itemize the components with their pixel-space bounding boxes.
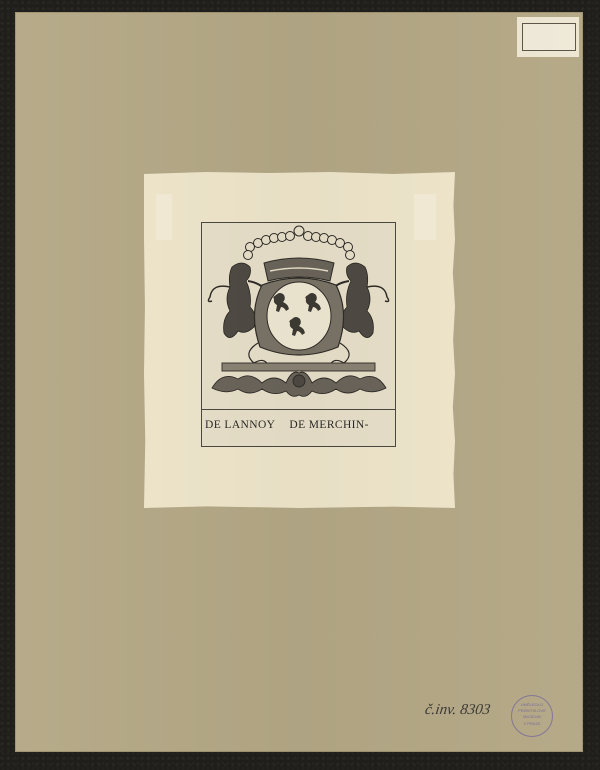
catalog-label-box <box>517 17 579 57</box>
paper-mark <box>156 194 172 240</box>
coronet-icon <box>244 226 355 281</box>
shield-icon <box>267 282 331 350</box>
bookplate-paper: DE LANNOYDE MERCHIN- <box>144 172 455 508</box>
stamp-line: PRŮMYSLOVÉ <box>512 708 552 713</box>
catalog-label-field <box>522 23 576 51</box>
acanthus-ornament <box>212 363 386 396</box>
caption-name: DE LANNOY <box>205 419 275 431</box>
coat-of-arms-engraving <box>202 223 395 409</box>
caption-title: DE MERCHIN- <box>289 419 368 431</box>
bookplate-caption: DE LANNOYDE MERCHIN- <box>205 419 369 431</box>
lion-icon <box>333 263 389 338</box>
stamp-line: UMĚLECKO <box>512 702 552 707</box>
inventory-number: č.inv. 8303 <box>424 702 492 719</box>
stamp-line: MUSEUM <box>512 714 552 719</box>
lion-rampant-icon <box>273 293 321 336</box>
cartouche-frame <box>249 278 349 365</box>
caption-row: DE LANNOYDE MERCHIN- <box>202 409 395 447</box>
paper-mark <box>414 194 436 240</box>
lion-icon <box>208 263 264 338</box>
engraved-plate: DE LANNOYDE MERCHIN- <box>201 222 396 447</box>
museum-stamp: UMĚLECKO PRŮMYSLOVÉ MUSEUM V PRAZE <box>511 695 553 737</box>
stamp-line: V PRAZE <box>512 721 552 726</box>
mounting-board: DE LANNOYDE MERCHIN- č.inv. 8303 UMĚLECK… <box>15 12 583 752</box>
